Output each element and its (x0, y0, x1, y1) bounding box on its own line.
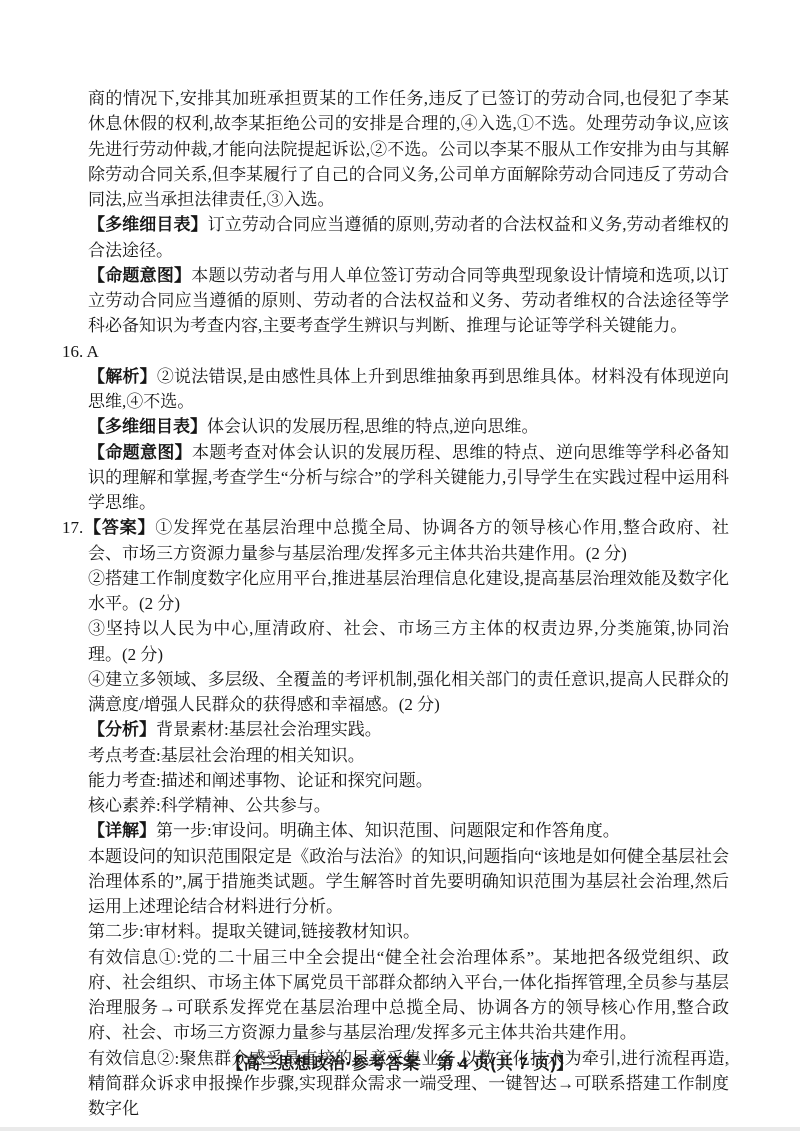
paragraph-text: 背景素材:基层社会治理实践。 (156, 720, 382, 739)
paragraph-text: 第二步:审材料。提取关键词,链接教材知识。 (88, 922, 420, 941)
document-page: 商的情况下,安排其加班承担贾某的工作任务,违反了已签订的劳动合同,也侵犯了李某休… (0, 0, 800, 1131)
question-number: 17. (62, 518, 83, 537)
para-q17-core-literacy: 核心素养:科学精神、公共参与。 (88, 793, 729, 818)
paragraph-text: ②搭建工作制度数字化应用平台,推进基层治理信息化建设,提高基层治理效能及数字化水… (88, 569, 729, 613)
paragraph-text: 本题设问的知识范围限定是《政治与法治》的知识,问题指向“该地是如何健全基层社会治… (88, 847, 729, 917)
paragraph-text: 商的情况下,安排其加班承担贾某的工作任务,违反了已签订的劳动合同,也侵犯了李某休… (88, 89, 729, 209)
section-tag: 【命题意图】 (88, 443, 192, 462)
para-q17-detail-step2: 第二步:审材料。提取关键词,链接教材知识。 (88, 919, 729, 944)
page-footer: 【高三思想政治·参考答案 第 4 页(共 7 页)】 (0, 1050, 800, 1074)
scan-edge-line (0, 1127, 800, 1131)
paragraph-text: 第一步:审设问。明确主体、知识范围、问题限定和作答角度。 (156, 821, 620, 840)
para-q17-answer-point3: ③坚持以人民为中心,厘清政府、社会、市场三方主体的权责边界,分类施策,协同治理。… (88, 616, 729, 667)
para-q17-analysis-bg: 【分析】背景素材:基层社会治理实践。 (88, 717, 729, 742)
para-q17-info1: 有效信息①:党的二十届三中全会提出“健全社会治理体系”。某地把各级党组织、政府、… (88, 945, 729, 1046)
paragraph-text: ③坚持以人民为中心,厘清政府、社会、市场三方主体的权责边界,分类施策,协同治理。… (88, 619, 729, 663)
paragraph-text: 有效信息①:党的二十届三中全会提出“健全社会治理体系”。某地把各级党组织、政府、… (88, 948, 729, 1043)
paragraph-text: ①发挥党在基层治理中总揽全局、协调各方的领导核心作用,整合政府、社会、市场三方资… (88, 518, 729, 562)
paragraph-text: ②说法错误,是由感性具体上升到思维抽象再到思维具体。材料没有体现逆向思维,④不选… (88, 367, 729, 411)
section-tag: 【详解】 (88, 821, 156, 840)
paragraph-text: ④建立多领域、多层级、全覆盖的考评机制,强化相关部门的责任意识,提高人民群众的满… (88, 670, 729, 714)
answer-letter: A (83, 342, 99, 361)
section-tag: 【多维细目表】 (88, 417, 207, 436)
question-number: 16. (62, 342, 83, 361)
section-tag: 【答案】 (83, 518, 155, 537)
paragraph-text: 体会认识的发展历程,思维的特点,逆向思维。 (207, 417, 539, 436)
section-tag: 【多维细目表】 (88, 215, 208, 234)
para-q17-answer-point1: 17.【答案】①发挥党在基层治理中总揽全局、协调各方的领导核心作用,整合政府、社… (88, 515, 729, 566)
scan-artifact-dots: .. (714, 1054, 734, 1069)
para-q17-ability: 能力考查:描述和阐述事物、论证和探究问题。 (88, 768, 729, 793)
para-q15-analysis-continued: 商的情况下,安排其加班承担贾某的工作任务,违反了已签订的劳动合同,也侵犯了李某休… (88, 86, 729, 212)
footer-text: 【高三思想政治·参考答案 第 4 页(共 7 页)】 (227, 1055, 574, 1073)
answer-key-content: 商的情况下,安排其加班承担贾某的工作任务,违反了已签订的劳动合同,也侵犯了李某休… (88, 86, 729, 1121)
paragraph-text: 核心素养:科学精神、公共参与。 (88, 796, 331, 815)
para-q17-answer-point4: ④建立多领域、多层级、全覆盖的考评机制,强化相关部门的责任意识,提高人民群众的满… (88, 667, 729, 718)
para-q17-exam-points: 考点考查:基层社会治理的相关知识。 (88, 743, 729, 768)
para-q17-step1-body: 本题设问的知识范围限定是《政治与法治》的知识,问题指向“该地是如何健全基层社会治… (88, 844, 729, 920)
section-tag: 【解析】 (88, 367, 157, 386)
paragraph-text: 能力考查:描述和阐述事物、论证和探究问题。 (88, 771, 433, 790)
paragraph-text: 考点考查:基层社会治理的相关知识。 (88, 746, 365, 765)
para-q16-analysis: 【解析】②说法错误,是由感性具体上升到思维抽象再到思维具体。材料没有体现逆向思维… (88, 364, 729, 415)
para-q15-intent: 【命题意图】本题以劳动者与用人单位签订劳动合同等典型现象设计情境和选项,以订立劳… (88, 263, 729, 339)
section-tag: 【命题意图】 (88, 266, 191, 285)
para-q17-answer-point2: ②搭建工作制度数字化应用平台,推进基层治理信息化建设,提高基层治理效能及数字化水… (88, 566, 729, 617)
section-tag: 【分析】 (88, 720, 156, 739)
para-q16-multidim-table: 【多维细目表】体会认识的发展历程,思维的特点,逆向思维。 (88, 414, 729, 439)
para-q17-detail-step1: 【详解】第一步:审设问。明确主体、知识范围、问题限定和作答角度。 (88, 818, 729, 843)
answer-line-16: 16. A (88, 339, 729, 364)
para-q16-intent: 【命题意图】本题考查对体会认识的发展历程、思维的特点、逆向思维等学科必备知识的理… (88, 440, 729, 516)
para-q15-multidim-table: 【多维细目表】订立劳动合同应当遵循的原则,劳动者的合法权益和义务,劳动者维权的合… (88, 212, 729, 263)
